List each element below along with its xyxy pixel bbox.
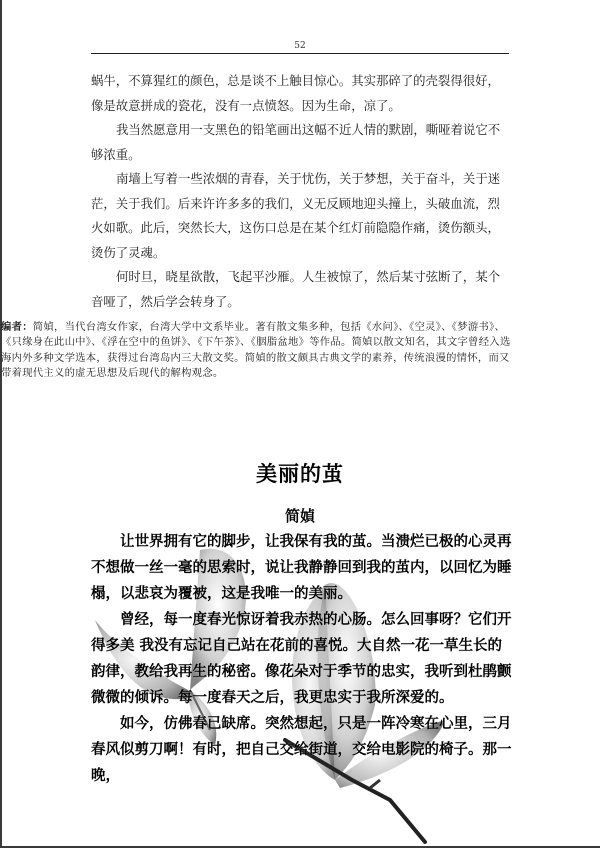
editor-note-label: 编者： [1, 321, 33, 333]
paragraph: 曾经，每一度春光惊讶着我赤热的心肠。怎么回事呀？它们开得多美 我没有忘记自己站在… [91, 607, 513, 711]
editor-note: 编者：简媜，当代台湾女作家，台湾大学中文系毕业。著有散文集多种，包括《水问》、《… [1, 320, 513, 381]
paragraph: 蜗牛，不算猩红的颜色，总是谈不上触目惊心。其实那碎了的壳裂得很好，像是故意拼成的… [91, 69, 511, 118]
paragraph: 何时旦，晓星欲散，飞起平沙雁。人生被惊了，然后某寸弦断了，某个音哑了，然后学会转… [91, 265, 511, 314]
page-number: 52 [0, 41, 600, 51]
continued-text: 蜗牛，不算猩红的颜色，总是谈不上触目惊心。其实那碎了的壳裂得很好，像是故意拼成的… [91, 69, 511, 314]
page-left-edge [0, 0, 2, 848]
editor-note-text: 简媜，当代台湾女作家，台湾大学中文系毕业。著有散文集多种，包括《水问》、《空灵》… [1, 321, 511, 379]
paragraph: 南墙上写着一些浓烟的青春，关于忧伤，关于梦想，关于奋斗，关于迷茫，关于我们。后来… [91, 167, 511, 265]
essay-body: 让世界拥有它的脚步，让我保有我的茧。当溃烂已极的心灵再不想做一丝一毫的思索时，说… [91, 529, 513, 789]
essay-author: 简媜 [0, 505, 600, 526]
header-rule [91, 53, 509, 54]
paragraph: 如今，仿佛春已缺席。突然想起，只是一阵冷寒在心里，三月春风似剪刀啊！有时，把自己… [91, 711, 513, 789]
essay-title: 美丽的茧 [0, 458, 600, 488]
paragraph: 让世界拥有它的脚步，让我保有我的茧。当溃烂已极的心灵再不想做一丝一毫的思索时，说… [91, 529, 513, 607]
paragraph: 我当然愿意用一支黑色的铅笔画出这幅不近人情的默剧，嘶哑着说它不够浓重。 [91, 118, 511, 167]
